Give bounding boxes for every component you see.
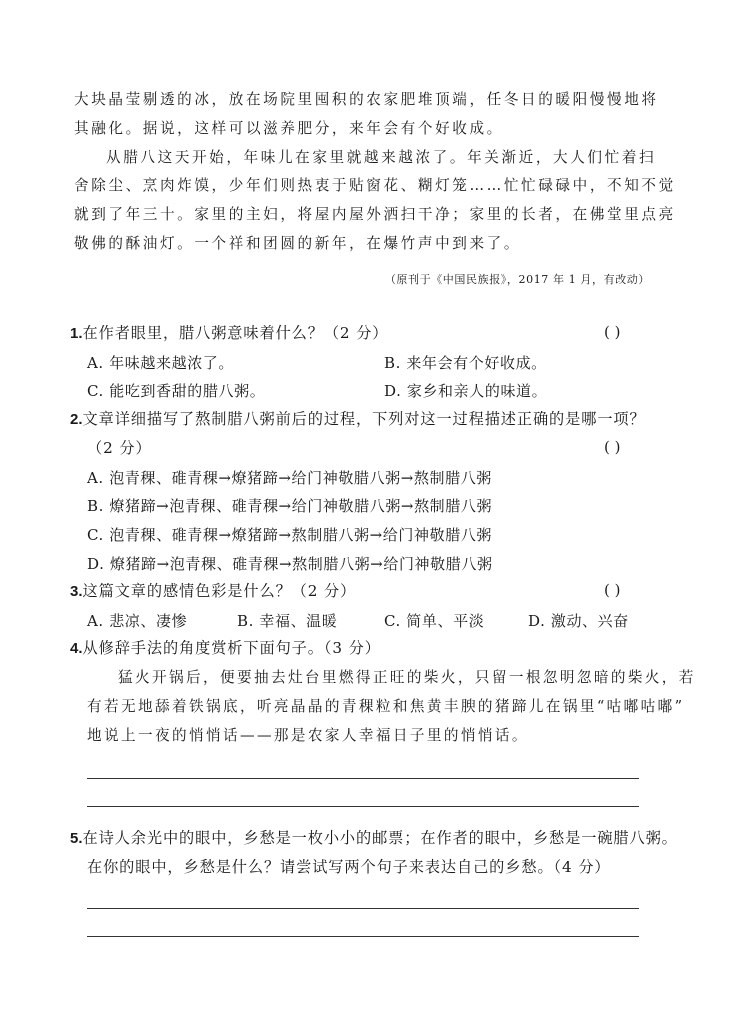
option-text: 简单、平淡 <box>406 612 484 630</box>
quote-line: 地说上一夜的悄悄话——那是农家人幸福日子里的悄悄话。 <box>87 726 529 746</box>
worksheet-page: 大块晶莹剔透的冰，放在场院里囤积的农家肥堆顶端，任冬日的暖阳慢慢地将 其融化。据… <box>0 0 730 1024</box>
passage-line: 就到了年三十。家里的主妇，将屋内屋外洒扫干净；家里的长者，在佛堂里点亮 <box>74 205 676 225</box>
question-text: 文章详细描写了熬制腊八粥前后的过程，下列对这一过程描述正确的是哪一项？ <box>83 410 646 428</box>
option-3d[interactable]: D. 激动、兴奋 <box>528 610 629 631</box>
option-label: B. <box>87 497 104 515</box>
option-3c[interactable]: C. 简单、平淡 <box>384 610 484 631</box>
option-text: 来年会有个好收成。 <box>406 354 546 372</box>
question-5-cont: 在你的眼中，乡愁是什么？请尝试写两个句子来表达自己的乡愁。（4 分） <box>87 857 611 877</box>
option-2a[interactable]: A. 泡青稞、碓青稞→燎猪蹄→给门神敬腊八粥→熬制腊八粥 <box>87 467 492 488</box>
option-label: C. <box>87 526 104 544</box>
option-1b[interactable]: B. 来年会有个好收成。 <box>384 352 547 373</box>
question-2: 2.文章详细描写了熬制腊八粥前后的过程，下列对这一过程描述正确的是哪一项？ <box>70 409 646 430</box>
option-label: B. <box>237 612 254 630</box>
quote-line: 有若无地舔着铁锅底，听亮晶晶的青稞粒和焦黄丰腴的猪蹄儿在锅里“咕嘟咕嘟” <box>87 697 685 717</box>
question-4: 4.从修辞手法的角度赏析下面句子。（3 分） <box>70 638 381 659</box>
option-label: A. <box>87 354 104 372</box>
option-1c[interactable]: C. 能吃到香甜的腊八粥。 <box>87 380 265 401</box>
option-1a[interactable]: A. 年味越来越浓了。 <box>87 352 234 373</box>
answer-blank-2[interactable]: ( ) <box>604 438 620 456</box>
quote-line: 猛火开锅后，便要抽去灶台里燃得正旺的柴火，只留一根忽明忽暗的柴火，若 <box>118 668 696 688</box>
question-number: 2. <box>70 411 83 428</box>
option-2d[interactable]: D. 燎猪蹄→泡青稞、碓青稞→熬制腊八粥→给门神敬腊八粥 <box>87 553 493 574</box>
question-text: 在作者眼里，腊八粥意味着什么？（2 分） <box>83 324 389 342</box>
option-text: 家乡和亲人的味道。 <box>407 382 547 400</box>
option-text: 燎猪蹄→泡青稞、碓青稞→熬制腊八粥→给门神敬腊八粥 <box>110 555 493 573</box>
option-text: 能吃到香甜的腊八粥。 <box>109 382 265 400</box>
option-label: C. <box>87 382 104 400</box>
question-2-points: （2 分） <box>87 438 152 458</box>
answer-blank-3[interactable]: ( ) <box>604 581 620 599</box>
option-label: A. <box>87 612 104 630</box>
option-text: 悲凉、凄惨 <box>109 612 187 630</box>
question-number: 5. <box>70 830 83 847</box>
answer-line[interactable] <box>87 908 639 909</box>
passage-line: 舍除尘、烹肉炸馍，少年们则热衷于贴窗花、糊灯笼……忙忙碌碌中，不知不觉 <box>74 176 676 196</box>
option-label: A. <box>87 469 104 487</box>
question-5: 5.在诗人余光中的眼中，乡愁是一枚小小的邮票；在作者的眼中，乡愁是一碗腊八粥。 <box>70 828 678 849</box>
option-2c[interactable]: C. 泡青稞、碓青稞→燎猪蹄→熬制腊八粥→给门神敬腊八粥 <box>87 524 492 545</box>
option-label: D. <box>528 612 545 630</box>
option-text: 燎猪蹄→泡青稞、碓青稞→给门神敬腊八粥→熬制腊八粥 <box>109 497 492 515</box>
question-1: 1.在作者眼里，腊八粥意味着什么？（2 分） <box>70 323 388 344</box>
option-2b[interactable]: B. 燎猪蹄→泡青稞、碓青稞→给门神敬腊八粥→熬制腊八粥 <box>87 495 492 516</box>
passage-line: 其融化。据说，这样可以滋养肥分，来年会有个好收成。 <box>74 119 504 139</box>
passage-line: 大块晶莹剔透的冰，放在场院里囤积的农家肥堆顶端，任冬日的暖阳慢慢地将 <box>74 90 659 110</box>
question-text: 在诗人余光中的眼中，乡愁是一枚小小的邮票；在作者的眼中，乡愁是一碗腊八粥。 <box>83 829 678 847</box>
option-text: 幸福、温暖 <box>259 612 337 630</box>
answer-line[interactable] <box>87 778 639 779</box>
passage-source: （原刊于《中国民族报》，2017 年 1 月，有改动） <box>385 271 650 287</box>
passage-line: 敬佛的酥油灯。一个祥和团圆的新年，在爆竹声中到来了。 <box>74 234 521 254</box>
option-label: C. <box>384 612 401 630</box>
option-3a[interactable]: A. 悲凉、凄惨 <box>87 610 187 631</box>
question-number: 3. <box>70 583 83 600</box>
question-number: 1. <box>70 325 83 342</box>
option-label: D. <box>87 555 104 573</box>
question-text: 这篇文章的感情色彩是什么？（2 分） <box>83 582 357 600</box>
option-label: B. <box>384 354 401 372</box>
answer-blank-1[interactable]: ( ) <box>604 323 620 341</box>
question-3: 3.这篇文章的感情色彩是什么？（2 分） <box>70 581 356 602</box>
option-text: 激动、兴奋 <box>551 612 629 630</box>
answer-line[interactable] <box>87 936 639 937</box>
question-number: 4. <box>70 640 83 657</box>
question-text: 从修辞手法的角度赏析下面句子。（3 分） <box>83 639 381 657</box>
option-text: 泡青稞、碓青稞→燎猪蹄→给门神敬腊八粥→熬制腊八粥 <box>109 469 492 487</box>
option-text: 泡青稞、碓青稞→燎猪蹄→熬制腊八粥→给门神敬腊八粥 <box>109 526 492 544</box>
passage-line: 从腊八这天开始，年味儿在家里就越来越浓了。年关渐近，大人们忙着扫 <box>106 148 656 168</box>
option-3b[interactable]: B. 幸福、温暖 <box>237 610 337 631</box>
option-1d[interactable]: D. 家乡和亲人的味道。 <box>384 380 547 401</box>
option-label: D. <box>384 382 401 400</box>
option-text: 年味越来越浓了。 <box>109 354 234 372</box>
answer-line[interactable] <box>87 806 639 807</box>
